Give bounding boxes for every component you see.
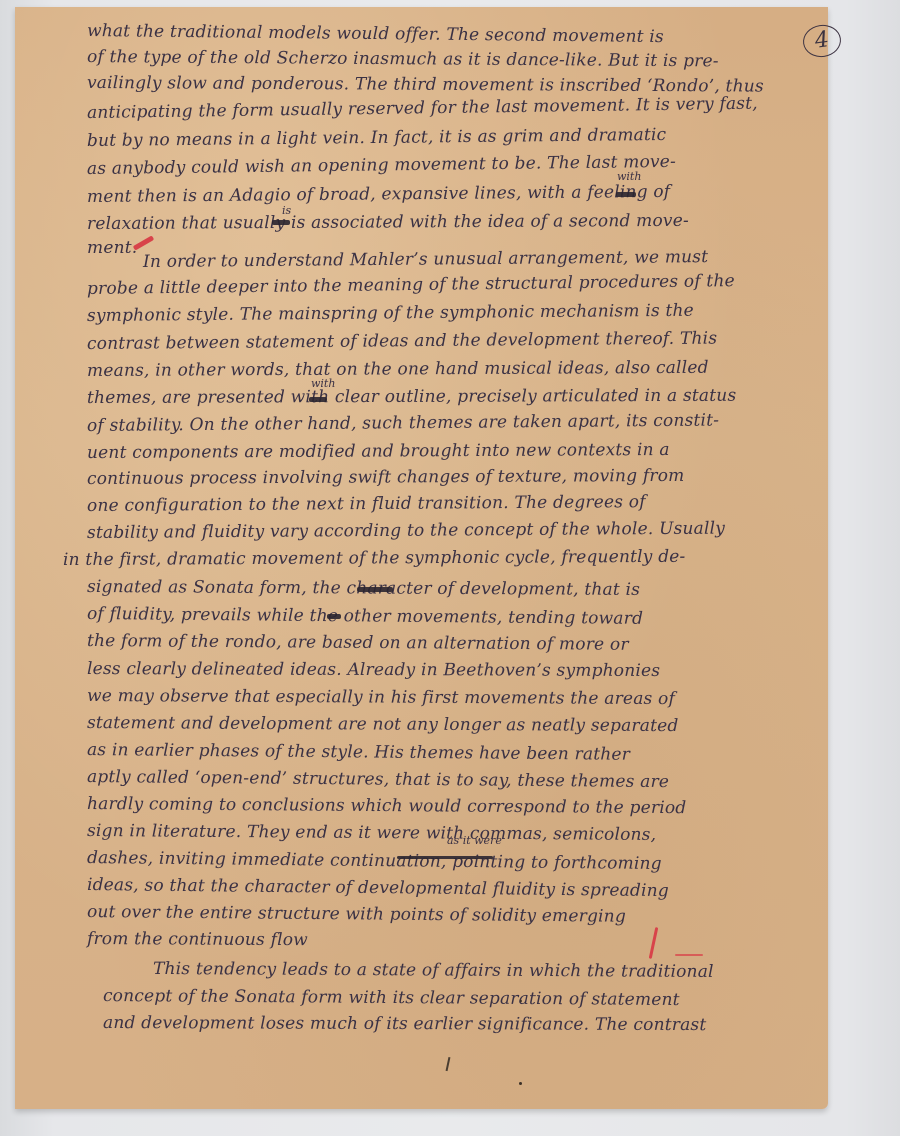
text-line: the form of the rondo, are based on an a… (87, 631, 629, 655)
text-line: stability and fluidity vary according to… (87, 519, 725, 543)
text-line: ment then is an Adagio of broad, expansi… (87, 182, 670, 207)
text-line: of fluidity, prevails while the other mo… (87, 604, 643, 629)
text-line: concept of the Sonata form with its clea… (103, 986, 680, 1010)
text-line: we may observe that especially in his fi… (87, 686, 675, 709)
text-line: hardly coming to conclusions which would… (87, 794, 687, 818)
text-line: and development loses much of its earlie… (103, 1013, 706, 1035)
struck-phrase (397, 856, 493, 859)
struck-word (327, 614, 341, 619)
text-line: less clearly delineated ideas. Already i… (87, 659, 660, 681)
text-line: from the continuous flow (87, 929, 308, 950)
text-line: ment. (87, 238, 137, 258)
text-line: themes, are presented with clear outline… (87, 386, 736, 408)
text-line: symphonic style. The mainspring of the s… (87, 301, 694, 326)
struck-word (309, 397, 327, 402)
interlinear-insertion: with (617, 170, 641, 183)
text-line: in the first, dramatic movement of the s… (63, 547, 686, 570)
text-line: means, in other words, that on the one h… (87, 358, 709, 381)
manuscript-page: 4 what the traditional models would offe… (15, 7, 828, 1109)
text-line: of the type of the old Scherzo inasmuch … (87, 47, 719, 71)
red-pencil-mark (649, 927, 659, 959)
text-line: of stability. On the other hand, such th… (87, 410, 719, 436)
text-line: relaxation that usually is associated wi… (87, 211, 689, 234)
text-line: dashes, inviting immediate continuation,… (87, 848, 662, 874)
interlinear-insertion: is (282, 204, 291, 217)
paper-mark (446, 1057, 450, 1071)
text-line: one configuration to the next in fluid t… (87, 492, 646, 516)
text-line: uent components are modified and brought… (87, 440, 670, 463)
text-line: but by no means in a light vein. In fact… (87, 125, 667, 151)
struck-word (616, 192, 636, 197)
text-line: contrast between statement of ideas and … (87, 329, 717, 354)
paper-speck (520, 1000, 522, 1002)
paper-speck (519, 1082, 522, 1085)
text-line: This tendency leads to a state of affair… (153, 959, 714, 982)
struck-word (357, 587, 393, 592)
text-line: as anybody could wish an opening movemen… (87, 152, 676, 179)
text-line: aptly called ‘open-end’ structures, that… (87, 767, 669, 792)
text-line: sign in literature. They end as it were … (87, 821, 656, 845)
text-line: continuous process involving swift chang… (87, 466, 685, 489)
text-line: as in earlier phases of the style. His t… (87, 740, 630, 765)
text-line: what the traditional models would offer.… (87, 21, 664, 47)
interlinear-insertion: with (311, 377, 335, 390)
text-line: statement and development are not any lo… (87, 713, 679, 736)
text-line: out over the entire structure with point… (87, 902, 626, 927)
text-line: ideas, so that the character of developm… (87, 875, 669, 901)
text-line: probe a little deeper into the meaning o… (87, 271, 735, 299)
red-underline-mark (675, 954, 703, 956)
interlinear-insertion: as it were (447, 834, 502, 847)
struck-word (272, 220, 290, 225)
text-line: anticipating the form usually reserved f… (87, 94, 758, 123)
text-line: In order to understand Mahler’s unusual … (143, 247, 708, 272)
text-line: vailingly slow and ponderous. The third … (87, 73, 764, 97)
